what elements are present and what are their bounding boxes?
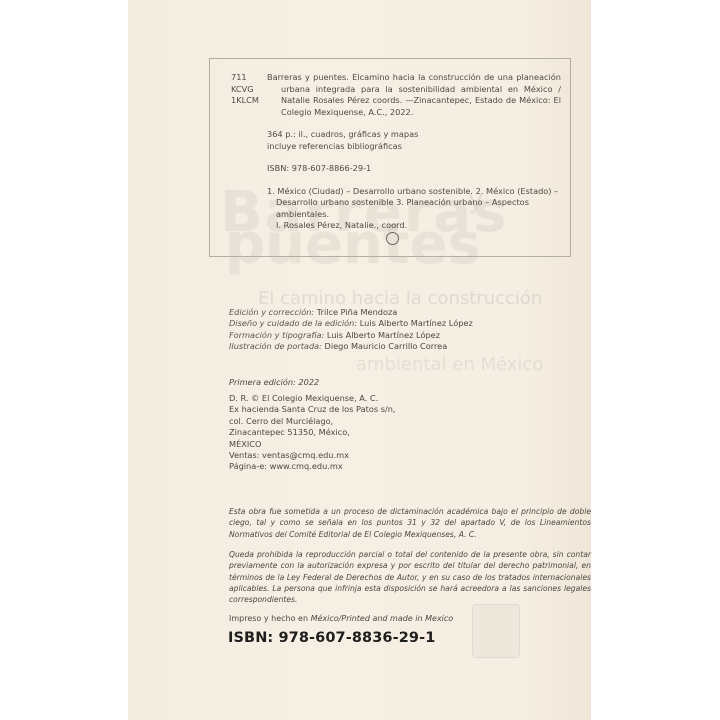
subject-line: Desarrollo urbano sostenible 3. Planeaci… xyxy=(267,197,561,220)
address-line: Ex hacienda Santa Cruz de los Patos s/n, xyxy=(229,404,396,415)
website: Página-e: www.cmq.edu.mx xyxy=(229,461,396,472)
peer-review-notice: Esta obra fue sometida a un proceso de d… xyxy=(229,506,591,540)
credit-name: Diego Mauricio Carrillo Correa xyxy=(325,341,448,351)
address-line: Zinacantepec 51350, México, xyxy=(229,427,396,438)
credit-role: Diseño y cuidado de la edición: xyxy=(229,318,357,328)
circle-mark-icon xyxy=(386,232,399,245)
isbn-footer: ISBN: 978-607-8836-29-1 xyxy=(228,630,435,646)
printed-in-spanish: Impreso y hecho en xyxy=(229,614,311,623)
address-line: D. R. © El Colegio Mexiquense, A. C. xyxy=(229,393,396,404)
credit-name: Luis Alberto Martínez López xyxy=(360,318,473,328)
bibliography-note: incluye referencias bibliográficas xyxy=(267,141,561,153)
credit-item: Formación y tipografía: Luis Alberto Mar… xyxy=(229,330,473,341)
subject-line: I. Rosales Pérez, Natalie., coord. xyxy=(267,220,561,232)
sales-email: Ventas: ventas@cmq.edu.mx xyxy=(229,450,396,461)
classification-codes: 711 KCVG 1KLCM xyxy=(231,72,259,107)
credit-role: Formación y tipografía: xyxy=(229,330,324,340)
credit-item: Edición y corrección: Trilce Piña Mendoz… xyxy=(229,307,473,318)
edition-line: Primera edición: 2022 xyxy=(229,377,319,387)
class-code: KCVG xyxy=(231,84,259,96)
cataloging-record-box: 711 KCVG 1KLCM Barreras y puentes. Elcam… xyxy=(209,58,571,257)
printed-in-line: Impreso y hecho en México/Printed and ma… xyxy=(229,614,453,623)
class-code: 1KLCM xyxy=(231,95,259,107)
credit-name: Luis Alberto Martínez López xyxy=(327,330,440,340)
title-entry: Barreras y puentes. Elcamino hacia la co… xyxy=(267,72,561,118)
credit-item: Diseño y cuidado de la edición: Luis Alb… xyxy=(229,318,473,329)
credit-item: Ilustración de portada: Diego Mauricio C… xyxy=(229,341,473,352)
copyright-notice: Queda prohibida la reproducción parcial … xyxy=(229,549,591,605)
credits-list: Edición y corrección: Trilce Piña Mendoz… xyxy=(229,307,473,353)
address-line: col. Cerro del Murciélago, xyxy=(229,416,396,427)
printed-in-english: México/Printed and made in Mexico xyxy=(311,614,454,623)
credit-role: Edición y corrección: xyxy=(229,307,314,317)
subject-line: 1. México (Ciudad) – Desarrollo urbano s… xyxy=(267,186,561,198)
cataloging-entry: Barreras y puentes. Elcamino hacia la co… xyxy=(267,72,561,232)
credit-name: Trilce Piña Mendoza xyxy=(317,307,398,317)
address-line: MÉXICO xyxy=(229,439,396,450)
class-code: 711 xyxy=(231,72,259,84)
credit-role: Ilustración de portada: xyxy=(229,341,322,351)
cip-isbn: ISBN: 978-607-8866-29-1 xyxy=(267,163,561,175)
publisher-address: D. R. © El Colegio Mexiquense, A. C. Ex … xyxy=(229,393,396,473)
physical-description: 364 p.: il., cuadros, gráficas y mapas xyxy=(267,129,561,141)
